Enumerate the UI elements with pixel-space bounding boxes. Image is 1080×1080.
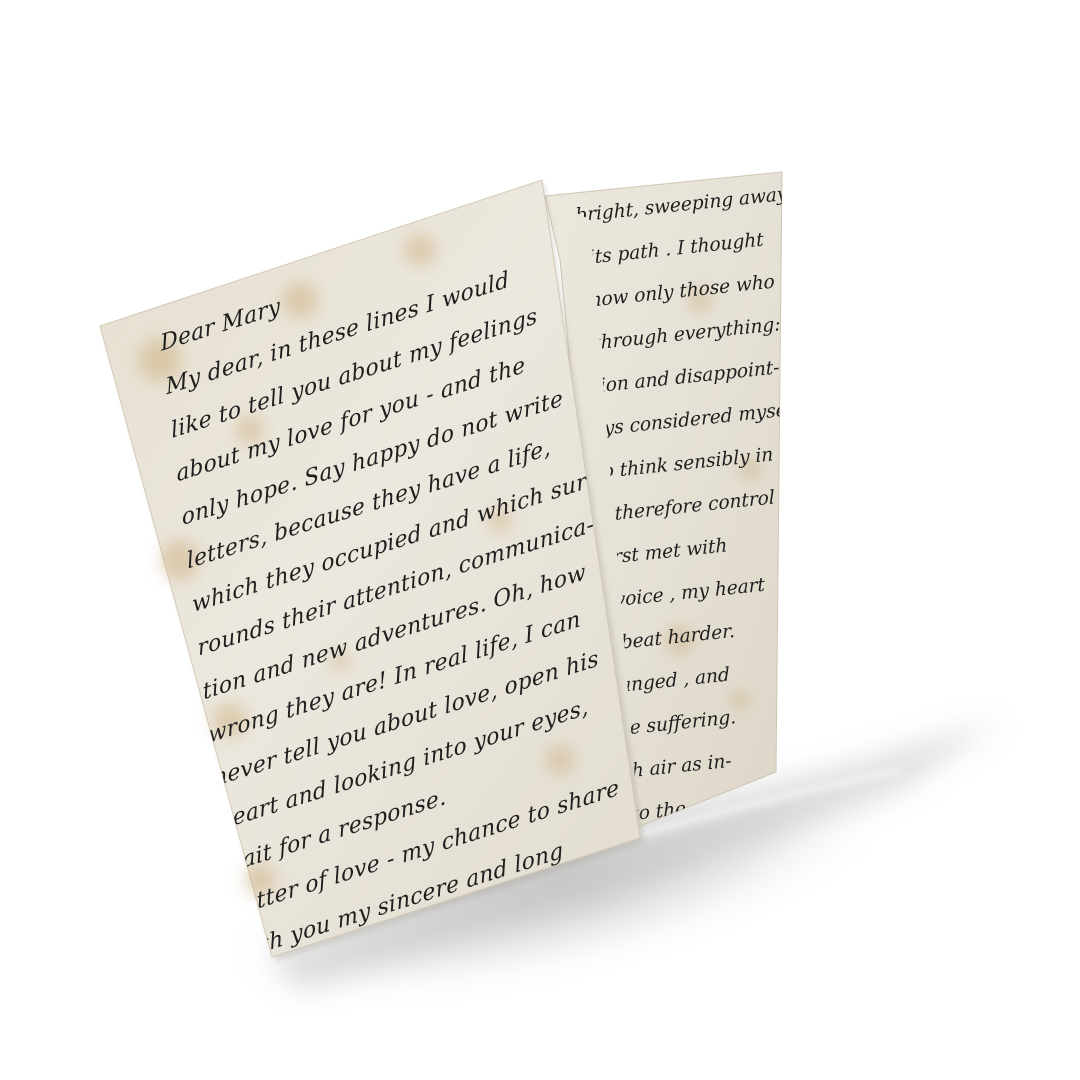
front-letter-page: Dear Mary My dear, in these lines I woul… xyxy=(0,0,1080,1080)
